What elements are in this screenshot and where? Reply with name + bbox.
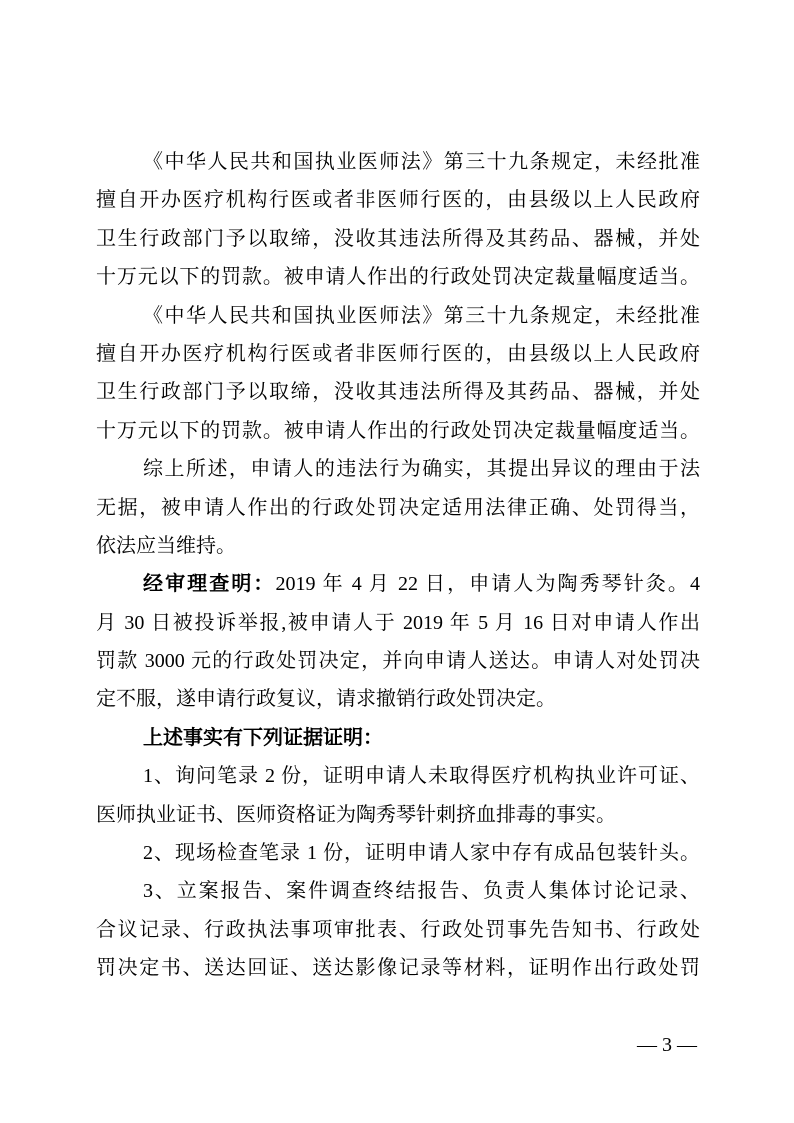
text-line: 卫生行政部门予以取缔，没收其违法所得及其药品、器械，并处 — [96, 373, 700, 411]
paragraph-evidence-item-1: 1、询问笔录 2 份，证明申请人未取得医疗机构执业许可证、 医师执业证书、医师资… — [96, 757, 700, 834]
text-line: 医师执业证书、医师资格证为陶秀琴针刺挤血排毒的事实。 — [96, 796, 700, 834]
findings-heading-rest: 2019 年 4 月 22 日，申请人为陶秀琴针灸。4 — [275, 573, 700, 595]
text-line: 3、立案报告、案件调查终结报告、负责人集体讨论记录、 — [96, 872, 700, 910]
text-line: 罚款 3000 元的行政处罚决定，并向申请人送达。申请人对处罚决 — [96, 642, 700, 680]
evidence-heading: 上述事实有下列证据证明： — [96, 719, 700, 757]
paragraph-law-quote-1: 《中华人民共和国执业医师法》第三十九条规定，未经批准 擅自开办医疗机构行医或者非… — [96, 143, 700, 297]
document-page: 《中华人民共和国执业医师法》第三十九条规定，未经批准 擅自开办医疗机构行医或者非… — [0, 0, 794, 1123]
text-line: 十万元以下的罚款。被申请人作出的行政处罚决定裁量幅度适当。 — [96, 258, 700, 296]
text-line: 擅自开办医疗机构行医或者非医师行医的，由县级以上人民政府 — [96, 335, 700, 373]
text-line: 依法应当维持。 — [96, 527, 700, 565]
text-line: 无据，被申请人作出的行政处罚决定适用法律正确、处罚得当， — [96, 489, 700, 527]
paragraph-evidence-item-2: 2、现场检查笔录 1 份，证明申请人家中存有成品包装针头。 — [96, 834, 700, 872]
paragraph-findings: 经审理查明：2019 年 4 月 22 日，申请人为陶秀琴针灸。4 月 30 日… — [96, 565, 700, 719]
document-body: 《中华人民共和国执业医师法》第三十九条规定，未经批准 擅自开办医疗机构行医或者非… — [96, 143, 700, 988]
paragraph-conclusion: 综上所述，申请人的违法行为确实，其提出异议的理由于法 无据，被申请人作出的行政处… — [96, 450, 700, 565]
text-line: 《中华人民共和国执业医师法》第三十九条规定，未经批准 — [96, 143, 700, 181]
text-line: 2、现场检查笔录 1 份，证明申请人家中存有成品包装针头。 — [96, 834, 700, 872]
text-line: 擅自开办医疗机构行医或者非医师行医的，由县级以上人民政府 — [96, 181, 700, 219]
findings-heading: 经审理查明： — [143, 573, 275, 595]
text-line: 合议记录、行政执法事项审批表、行政处罚事先告知书、行政处 — [96, 911, 700, 949]
text-line: 月 30 日被投诉举报,被申请人于 2019 年 5 月 16 日对申请人作出 — [96, 604, 700, 642]
paragraph-evidence-heading: 上述事实有下列证据证明： — [96, 719, 700, 757]
paragraph-law-quote-2: 《中华人民共和国执业医师法》第三十九条规定，未经批准 擅自开办医疗机构行医或者非… — [96, 297, 700, 451]
paragraph-evidence-item-3: 3、立案报告、案件调查终结报告、负责人集体讨论记录、 合议记录、行政执法事项审批… — [96, 872, 700, 987]
text-line: 十万元以下的罚款。被申请人作出的行政处罚决定裁量幅度适当。 — [96, 412, 700, 450]
text-line: 综上所述，申请人的违法行为确实，其提出异议的理由于法 — [96, 450, 700, 488]
text-line: 1、询问笔录 2 份，证明申请人未取得医疗机构执业许可证、 — [96, 757, 700, 795]
text-line: 《中华人民共和国执业医师法》第三十九条规定，未经批准 — [96, 297, 700, 335]
text-line: 经审理查明：2019 年 4 月 22 日，申请人为陶秀琴针灸。4 — [96, 565, 700, 603]
text-line: 罚决定书、送达回证、送达影像记录等材料，证明作出行政处罚 — [96, 949, 700, 987]
text-line: 卫生行政部门予以取缔，没收其违法所得及其药品、器械，并处 — [96, 220, 700, 258]
page-number: — 3 — — [637, 1026, 697, 1064]
text-line: 定不服，遂申请行政复议，请求撤销行政处罚决定。 — [96, 680, 700, 718]
